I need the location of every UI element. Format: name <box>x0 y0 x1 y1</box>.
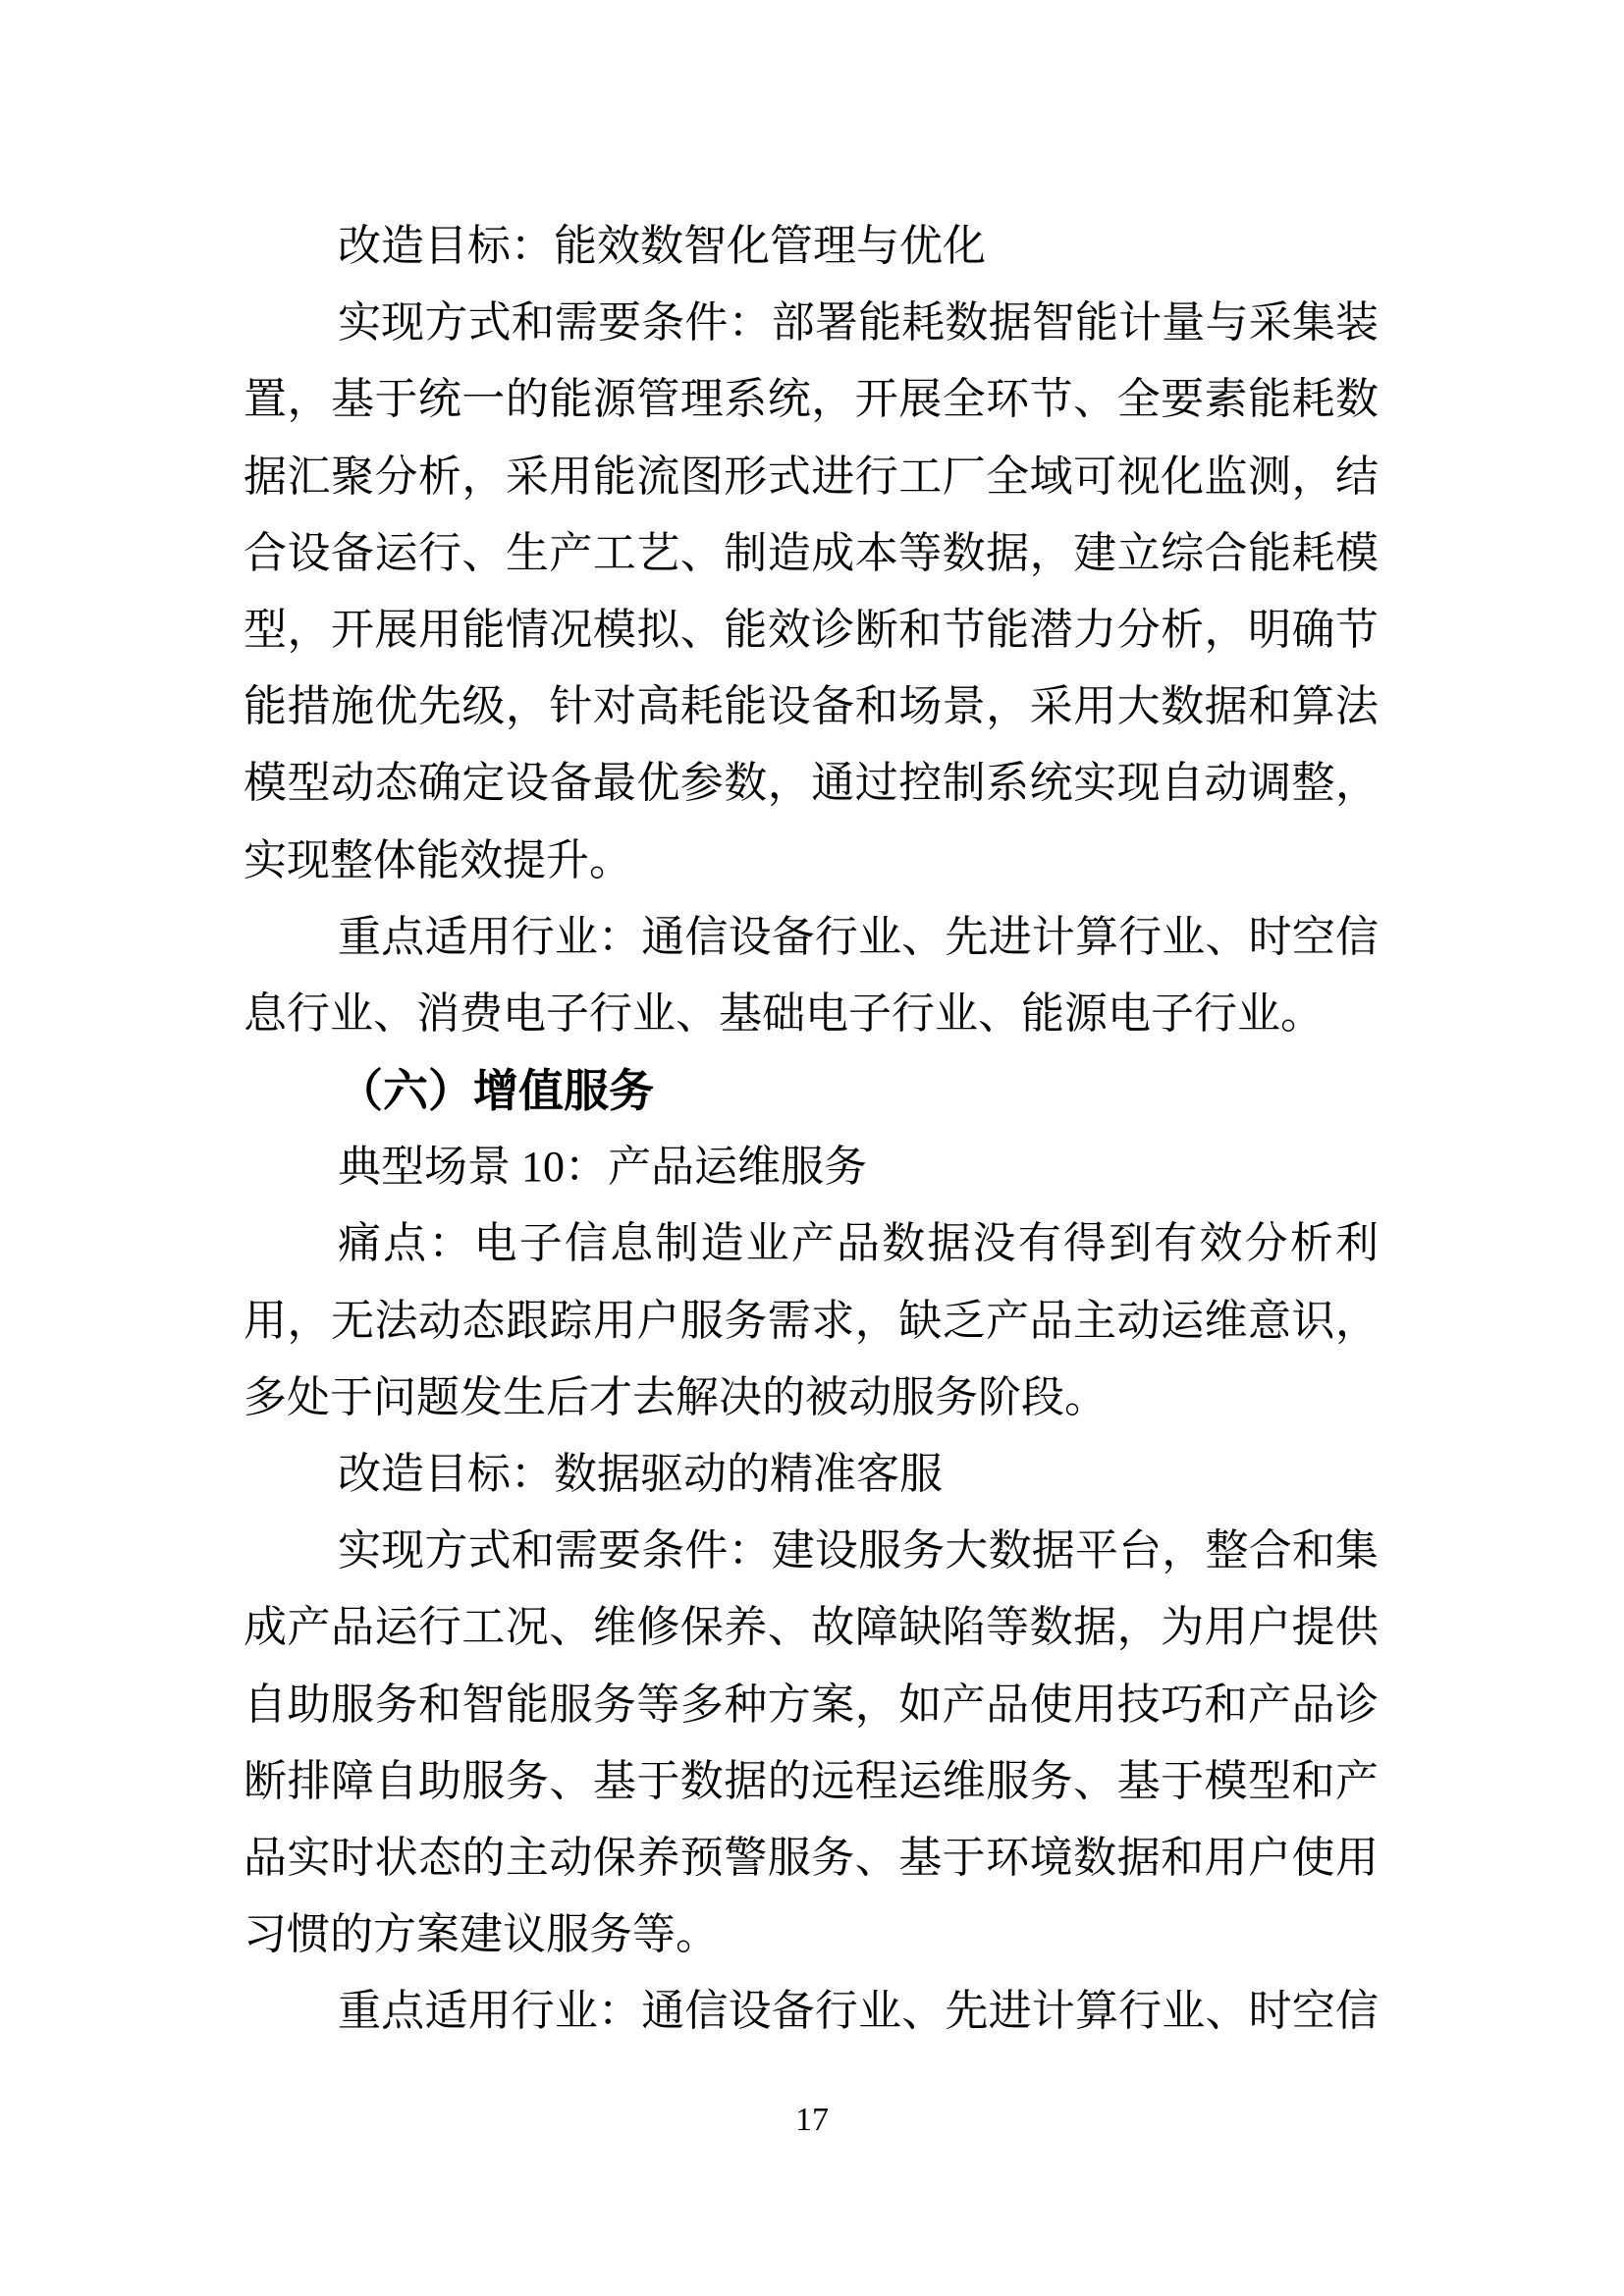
document-line: 自助服务和智能服务等多种方案，如产品使用技巧和产品诊 <box>244 1667 1379 1743</box>
document-line: 典型场景 10：产品运维服务 <box>244 1129 1379 1205</box>
document-line: 型，开展用能情况模拟、能效诊断和节能潜力分析，明确节 <box>244 592 1379 668</box>
document-line: 置，基于统一的能源管理系统，开展全环节、全要素能耗数 <box>244 361 1379 438</box>
document-line: 重点适用行业：通信设备行业、先进计算行业、时空信 <box>244 899 1379 976</box>
document-line: 成产品运行工况、维修保养、故障缺陷等数据，为用户提供 <box>244 1589 1379 1666</box>
document-line: 用，无法动态跟踪用户服务需求，缺乏产品主动运维意识， <box>244 1283 1379 1360</box>
document-line: 合设备运行、生产工艺、制造成本等数据，建立综合能耗模 <box>244 515 1379 592</box>
document-line: 实现方式和需要条件：部署能耗数据智能计量与采集装 <box>244 285 1379 361</box>
document-line: 模型动态确定设备最优参数，通过控制系统实现自动调整， <box>244 745 1379 822</box>
document-page: 改造目标：能效数智化管理与优化 实现方式和需要条件：部署能耗数据智能计量与采集装… <box>0 0 1624 2296</box>
document-line: 多处于问题发生后才去解决的被动服务阶段。 <box>244 1360 1379 1436</box>
document-line: 改造目标：数据驱动的精准客服 <box>244 1436 1379 1513</box>
document-line: 能措施优先级，针对高耗能设备和场景，采用大数据和算法 <box>244 668 1379 745</box>
document-line: 习惯的方案建议服务等。 <box>244 1896 1379 1973</box>
document-line: 息行业、消费电子行业、基础电子行业、能源电子行业。 <box>244 976 1379 1052</box>
document-line: 据汇聚分析，采用能流图形式进行工厂全域可视化监测，结 <box>244 439 1379 515</box>
document-line: 断排障自助服务、基于数据的远程运维服务、基于模型和产 <box>244 1743 1379 1820</box>
document-line: 重点适用行业：通信设备行业、先进计算行业、时空信 <box>244 1973 1379 2050</box>
section-heading: （六）增值服务 <box>244 1052 1379 1129</box>
document-line: 痛点：电子信息制造业产品数据没有得到有效分析利 <box>244 1205 1379 1282</box>
document-line: 改造目标：能效数智化管理与优化 <box>244 208 1379 285</box>
document-line: 品实时状态的主动保养预警服务、基于环境数据和用户使用 <box>244 1820 1379 1896</box>
page-number: 17 <box>0 2101 1624 2140</box>
document-line: 实现整体能效提升。 <box>244 823 1379 899</box>
document-text-block: 改造目标：能效数智化管理与优化 实现方式和需要条件：部署能耗数据智能计量与采集装… <box>244 208 1379 2051</box>
document-line: 实现方式和需要条件：建设服务大数据平台，整合和集 <box>244 1513 1379 1589</box>
